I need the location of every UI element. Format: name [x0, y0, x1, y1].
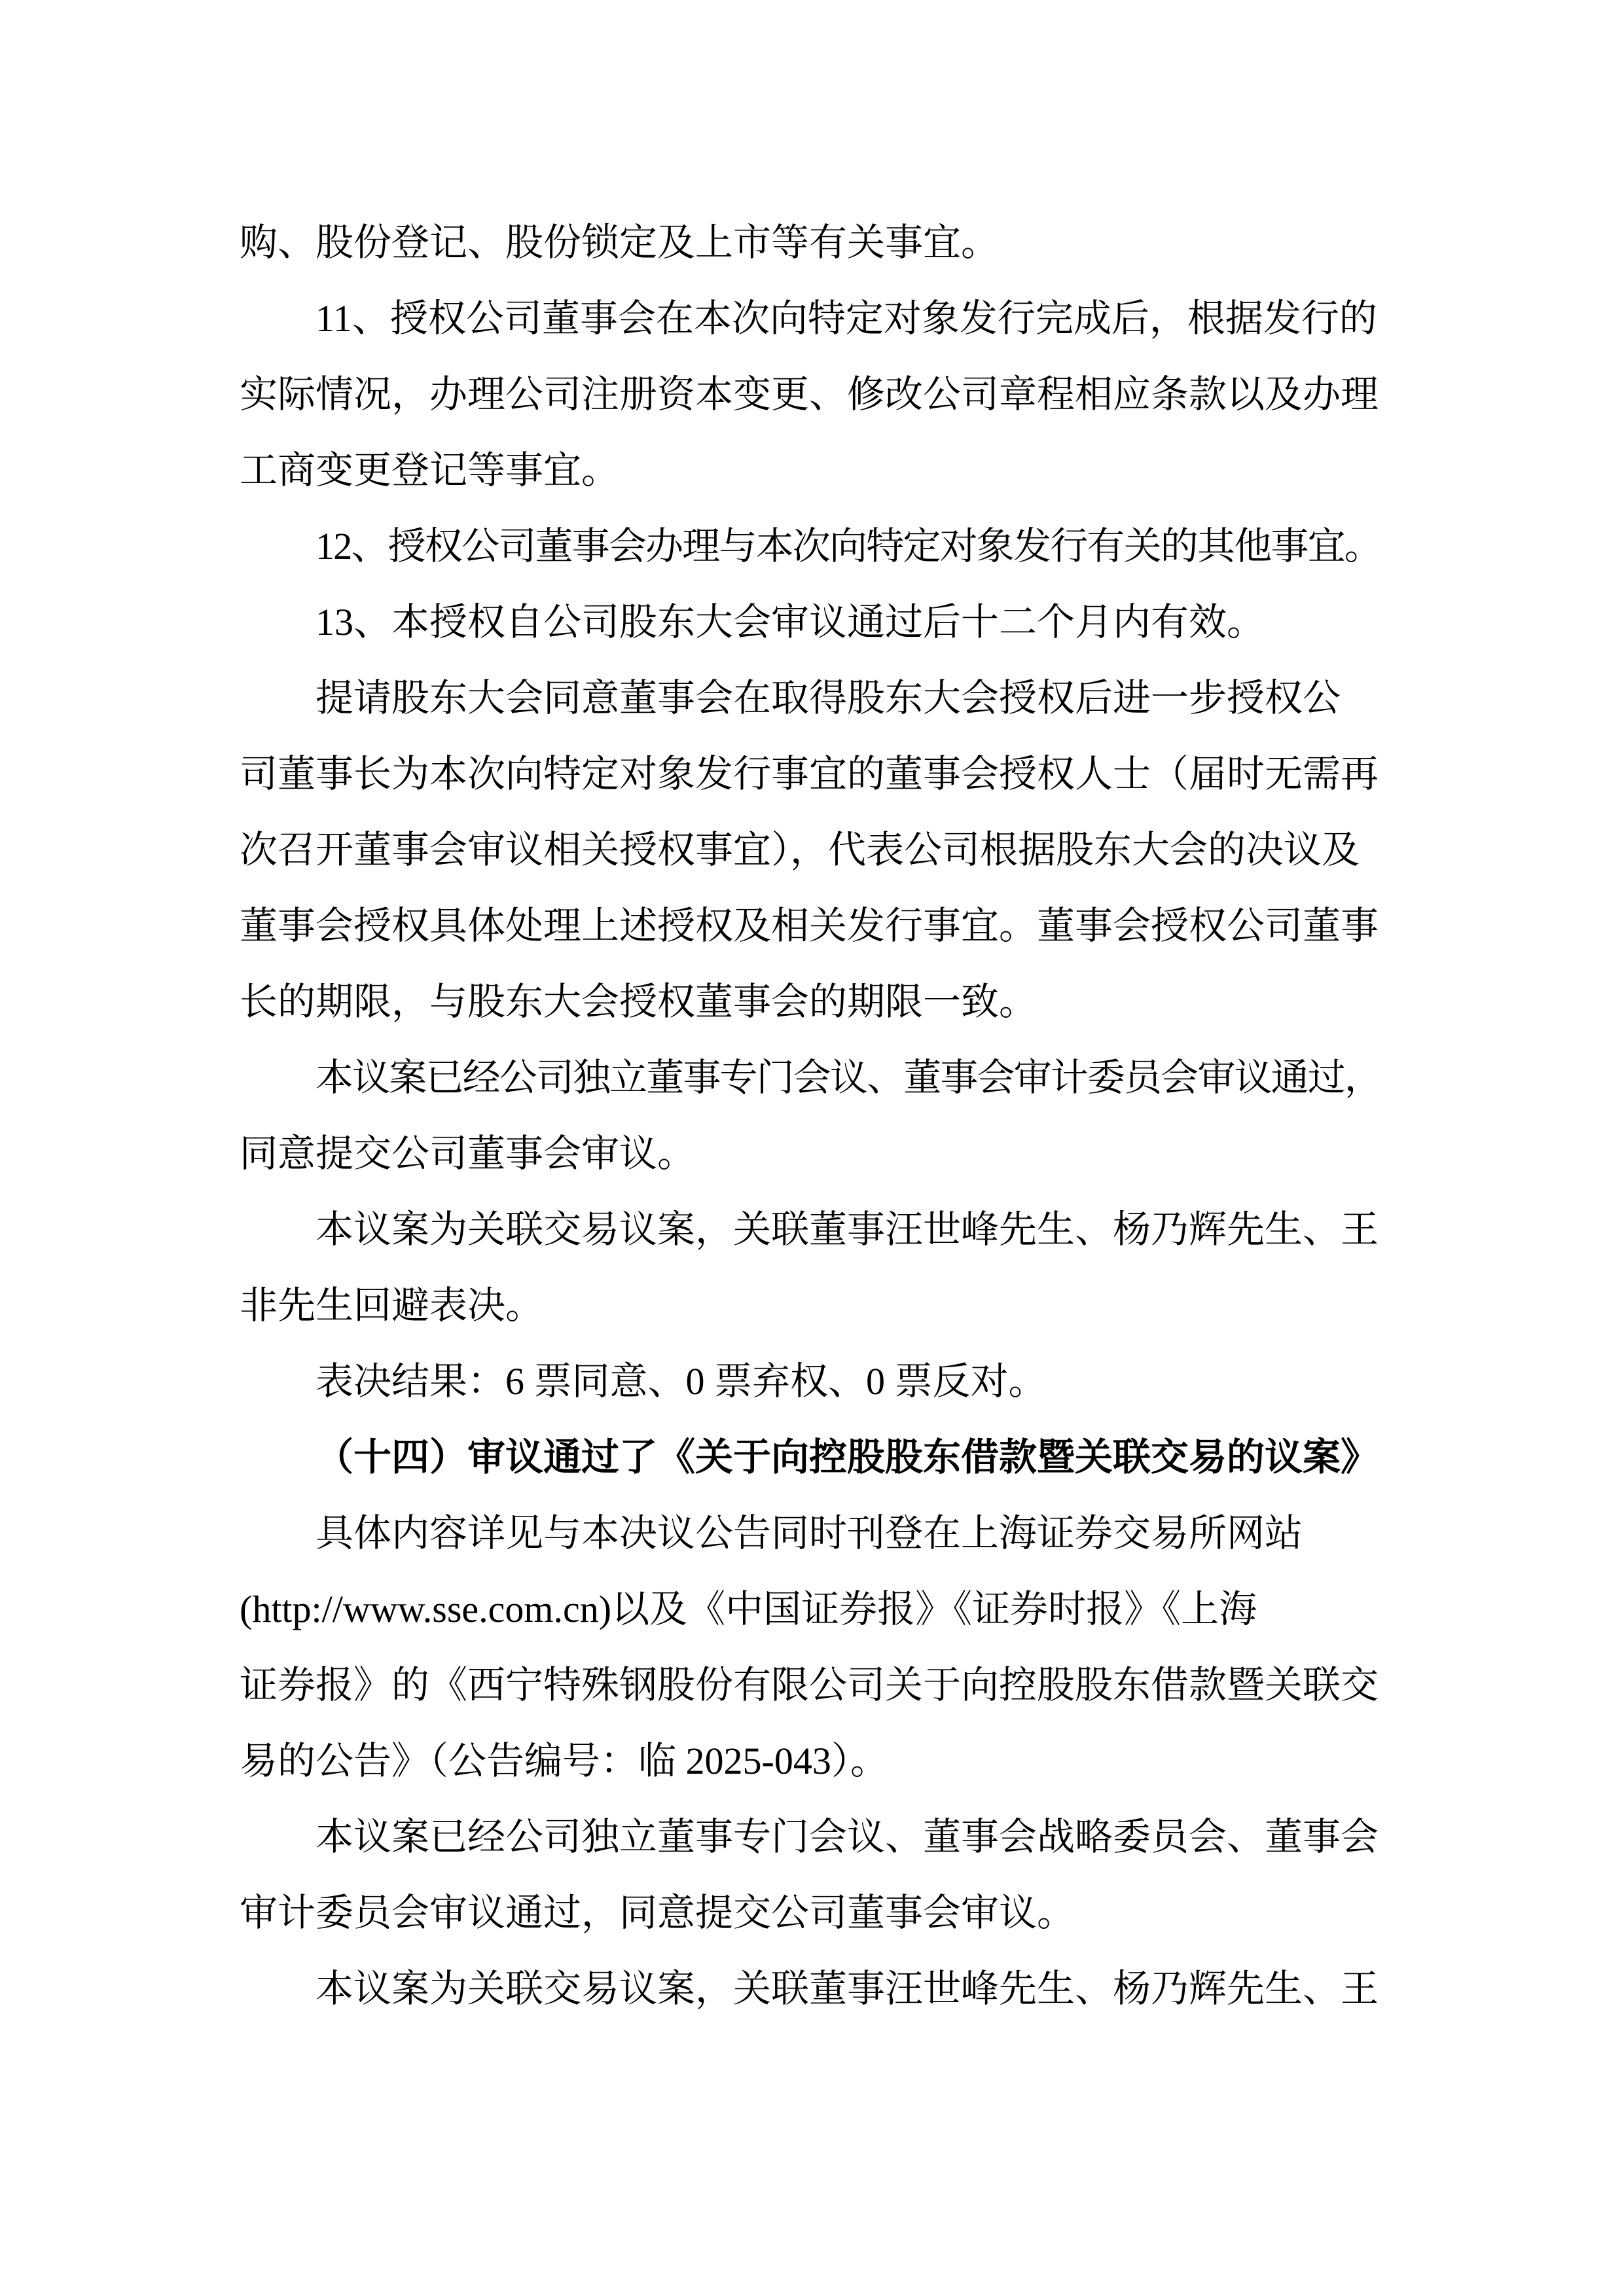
- text-line: 同意提交公司董事会审议。: [240, 1116, 1381, 1192]
- text-line: 提请股东大会同意董事会在取得股东大会授权后进一步授权公: [240, 660, 1381, 736]
- text-line: 本议案为关联交易议案，关联董事汪世峰先生、杨乃辉先生、王: [240, 1951, 1381, 2027]
- text-line: 11、授权公司董事会在本次向特定对象发行完成后，根据发行的: [240, 281, 1381, 357]
- text-line: 审计委员会审议通过，同意提交公司董事会审议。: [240, 1875, 1381, 1951]
- text-line: 本议案已经公司独立董事专门会议、董事会审计委员会审议通过，: [240, 1040, 1381, 1116]
- document-page: 购、股份登记、股份锁定及上市等有关事宜。 11、授权公司董事会在本次向特定对象发…: [0, 0, 1624, 2296]
- text-line: 非先生回避表决。: [240, 1268, 1381, 1344]
- text-line: 工商变更登记等事宜。: [240, 433, 1381, 509]
- text-line: 长的期限，与股东大会授权董事会的期限一致。: [240, 964, 1381, 1040]
- text-line: 本议案为关联交易议案，关联董事汪世峰先生、杨乃辉先生、王: [240, 1192, 1381, 1268]
- text-line: 12、授权公司董事会办理与本次向特定对象发行有关的其他事宜。: [240, 509, 1381, 584]
- text-line: 司董事长为本次向特定对象发行事宜的董事会授权人士（届时无需再: [240, 736, 1381, 812]
- section-heading: （十四）审议通过了《关于向控股股东借款暨关联交易的议案》: [240, 1420, 1381, 1496]
- text-line: 易的公告》（公告编号：临 2025-043）。: [240, 1723, 1381, 1799]
- text-line: 实际情况，办理公司注册资本变更、修改公司章程相应条款以及办理: [240, 357, 1381, 433]
- text-line: 本议案已经公司独立董事专门会议、董事会战略委员会、董事会: [240, 1799, 1381, 1875]
- document-text-block: 购、股份登记、股份锁定及上市等有关事宜。 11、授权公司董事会在本次向特定对象发…: [240, 205, 1381, 2027]
- text-line: 具体内容详见与本决议公告同时刊登在上海证券交易所网站: [240, 1496, 1381, 1571]
- text-line: 董事会授权具体处理上述授权及相关发行事宜。董事会授权公司董事: [240, 888, 1381, 964]
- text-line: 次召开董事会审议相关授权事宜），代表公司根据股东大会的决议及: [240, 812, 1381, 888]
- text-line: 表决结果：6 票同意、0 票弃权、0 票反对。: [240, 1344, 1381, 1420]
- text-line: 购、股份登记、股份锁定及上市等有关事宜。: [240, 205, 1381, 281]
- text-line: (http://www.sse.com.cn)以及《中国证券报》《证券时报》《上…: [240, 1571, 1381, 1647]
- text-line: 证券报》的《西宁特殊钢股份有限公司关于向控股股东借款暨关联交: [240, 1647, 1381, 1723]
- text-line: 13、本授权自公司股东大会审议通过后十二个月内有效。: [240, 584, 1381, 660]
